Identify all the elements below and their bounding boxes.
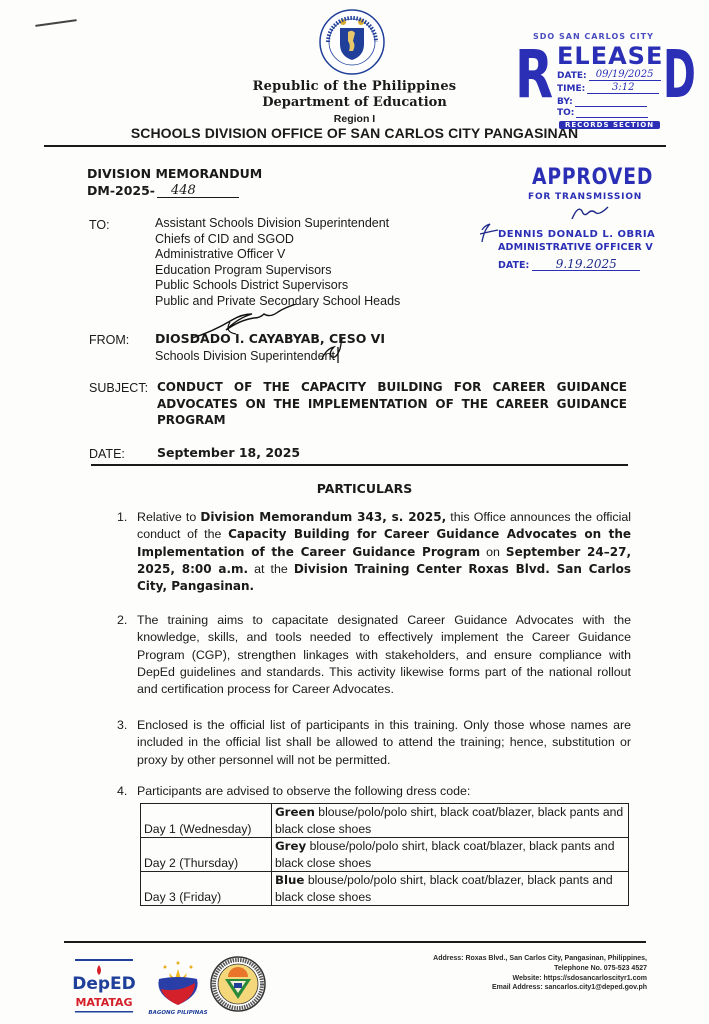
release-date-field: DATE: 09/19/2025: [557, 70, 661, 81]
paragraph-2: 2. The training aims to capacitate desig…: [117, 612, 631, 698]
header-divider: [44, 145, 666, 147]
footer-divider: [64, 941, 646, 943]
paragraph-body: Participants are advised to observe the …: [137, 783, 631, 800]
dress-attire: Grey blouse/polo/polo shirt, black coat/…: [272, 838, 629, 872]
subject-text: CONDUCT OF THE CAPACITY BUILDING FOR CAR…: [157, 379, 627, 429]
paragraph-body: The training aims to capacitate designat…: [137, 612, 631, 698]
recipient: Education Program Supervisors: [155, 263, 400, 279]
approved-subtitle: FOR TRANSMISSION: [528, 192, 642, 202]
approved-date-field: DATE: 9.19.2025: [498, 258, 640, 271]
paragraph-number: 4.: [117, 783, 127, 800]
dress-description: blouse/polo/polo shirt, black coat/blaze…: [275, 839, 614, 870]
release-time-value: 3:12: [587, 83, 659, 94]
release-by-field: BY:: [557, 96, 647, 107]
release-date-label: DATE:: [557, 71, 587, 81]
sdo-san-carlos-logo: [209, 955, 267, 1013]
dress-attire: Green blouse/polo/polo shirt, black coat…: [272, 804, 629, 838]
release-stamp: SDO SAN CARLOS CITY R ELEASE D DATE: 09/…: [515, 30, 695, 130]
sender-name: DIOSDADO I. CAYABYAB, CESO VI: [155, 331, 385, 346]
release-time-field: TIME: 3:12: [557, 83, 659, 94]
subject-label: SUBJECT:: [89, 381, 148, 395]
to-label: TO:: [89, 218, 110, 232]
sender-position: Schools Division Superintendent: [155, 349, 335, 363]
release-time-label: TIME:: [557, 84, 585, 94]
approver-position: ADMINISTRATIVE OFFICER V: [498, 242, 653, 253]
dress-day: Day 1 (Wednesday): [141, 804, 272, 838]
recipient: Assistant Schools Division Superintenden…: [155, 216, 400, 232]
memo-number-value: 448: [157, 184, 239, 198]
from-label: FROM:: [89, 333, 129, 347]
dress-color: Grey: [275, 839, 306, 853]
release-by-value: [575, 96, 647, 107]
table-row: Day 3 (Friday) Blue blouse/polo/polo shi…: [141, 872, 629, 906]
paragraph-3: 3. Enclosed is the official list of part…: [117, 717, 631, 769]
date-label: DATE:: [89, 447, 125, 461]
stray-pen-mark: [35, 19, 77, 27]
release-stamp-r: R: [515, 42, 553, 108]
paragraph-body: Relative to Division Memorandum 343, s. …: [137, 509, 631, 595]
paragraph-number: 2.: [117, 612, 127, 629]
memo-date: September 18, 2025: [157, 445, 300, 460]
dress-description: blouse/polo/polo shirt, black coat/blaze…: [275, 873, 613, 904]
release-to-label: TO:: [557, 108, 574, 118]
dress-description: blouse/polo/polo shirt, black coat/blaze…: [275, 805, 623, 836]
dress-code-table: Day 1 (Wednesday) Green blouse/polo/polo…: [140, 803, 629, 906]
paragraph-number: 1.: [117, 509, 127, 526]
recipient: Public Schools District Supervisors: [155, 278, 400, 294]
memo-type: DIVISION MEMORANDUM: [87, 166, 262, 181]
footer-telephone: Telephone No. 075-523 4527: [433, 964, 647, 974]
dress-day: Day 2 (Thursday): [141, 838, 272, 872]
release-stamp-d: D: [663, 42, 696, 108]
memo-number: DM-2025- 448: [87, 183, 239, 198]
footer-contact: Address: Roxas Blvd., San Carlos City, P…: [433, 954, 647, 993]
deped-matatag-logo: DepED MATATAG: [73, 955, 135, 1017]
paragraph-1: 1. Relative to Division Memorandum 343, …: [117, 509, 631, 595]
paragraph-4: 4. Participants are advised to observe t…: [117, 783, 631, 800]
paragraph-number: 3.: [117, 717, 127, 734]
approved-stamp: APPROVED FOR TRANSMISSION DENNIS DONALD …: [478, 165, 678, 285]
svg-text:DepED: DepED: [73, 974, 135, 994]
recipients-list: Assistant Schools Division Superintenden…: [155, 216, 400, 309]
approved-date-label: DATE:: [498, 260, 529, 271]
svg-text:MATATAG: MATATAG: [75, 996, 132, 1009]
approver-signature-icon: [570, 203, 610, 223]
particulars-heading: PARTICULARS: [0, 481, 709, 496]
approver-initial-icon: [478, 220, 500, 244]
approved-title: APPROVED: [532, 165, 653, 190]
dress-color: Blue: [275, 873, 304, 887]
recipient: Chiefs of CID and SGOD: [155, 232, 400, 248]
release-to-field: TO:: [557, 107, 648, 118]
dress-color: Green: [275, 805, 315, 819]
table-row: Day 1 (Wednesday) Green blouse/polo/polo…: [141, 804, 629, 838]
release-to-value: [576, 107, 648, 118]
memo-number-prefix: DM-2025-: [87, 183, 155, 198]
approver-name: DENNIS DONALD L. OBRIA: [498, 229, 655, 240]
bagong-pilipinas-logo: BAGONG PILIPINAS: [147, 955, 209, 1017]
footer-address: Address: Roxas Blvd., San Carlos City, P…: [433, 954, 647, 964]
release-by-label: BY:: [557, 97, 573, 107]
footer-website: Website: https://sdosancarloscityr1.com: [433, 974, 647, 984]
footer-email: Email Address: sancarlos.city1@deped.gov…: [433, 983, 647, 993]
svg-text:BAGONG PILIPINAS: BAGONG PILIPINAS: [148, 1010, 207, 1016]
recipient: Administrative Officer V: [155, 247, 400, 263]
table-row: Day 2 (Thursday) Grey blouse/polo/polo s…: [141, 838, 629, 872]
release-stamp-word: ELEASE: [557, 44, 663, 68]
approved-date-value: 9.19.2025: [532, 258, 640, 271]
date-divider: [91, 464, 628, 466]
dress-attire: Blue blouse/polo/polo shirt, black coat/…: [272, 872, 629, 906]
dress-day: Day 3 (Friday): [141, 872, 272, 906]
release-date-value: 09/19/2025: [589, 70, 661, 81]
deped-seal-icon: [318, 8, 386, 76]
paragraph-body: Enclosed is the official list of partici…: [137, 717, 631, 769]
release-stamp-section: RECORDS SECTION: [559, 121, 660, 129]
